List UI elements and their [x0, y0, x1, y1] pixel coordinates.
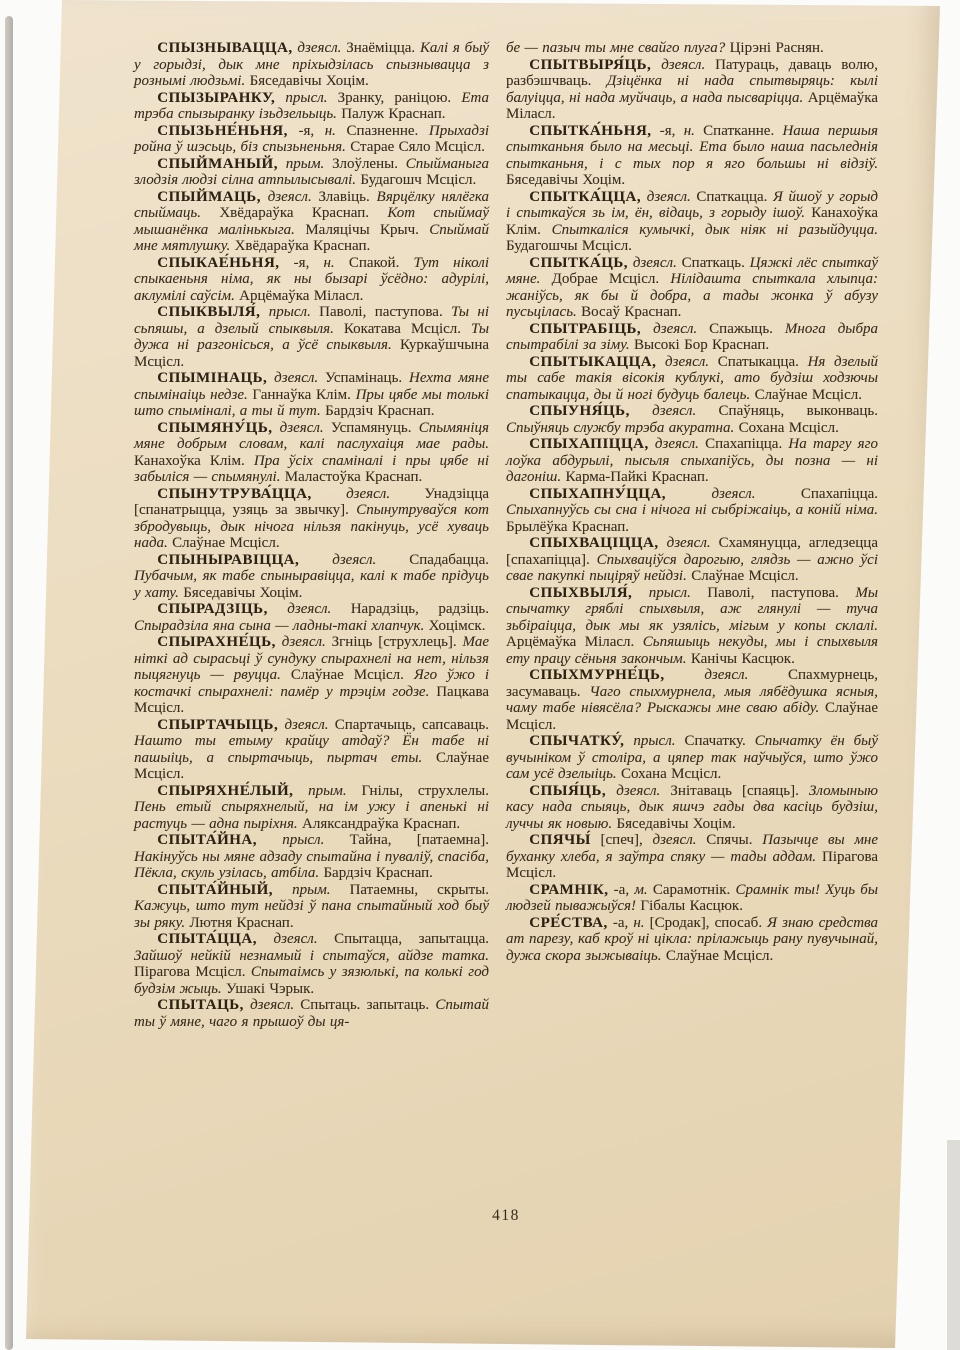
text-segment: дзеясл.	[649, 436, 705, 452]
text-segment: -я,	[280, 255, 324, 271]
text-segment: Пірагова Мсцісл.	[134, 964, 251, 980]
text-segment: дзеясл.	[666, 486, 801, 502]
text-segment: Знітаваць [спаяць].	[670, 783, 809, 799]
text-segment: Высокі Бор Краснап.	[634, 337, 769, 353]
text-segment: Спадабацца.	[409, 552, 489, 568]
headword: СПЫРТАЧЫЦЬ,	[157, 717, 278, 733]
dictionary-entry: СПЫТРАБІЦЬ, дзеясл. Спажыць. Многа дыбра…	[506, 321, 878, 354]
dictionary-entry: СПЫТА́ЙНЫЙ, прым. Патаемны, скрыты. Кажу…	[134, 882, 489, 932]
dictionary-entry: СПЫХАПНУ́ЦЦА, дзеясл. Спахапіцца. Спыхап…	[506, 486, 878, 536]
text-segment: н.	[325, 123, 347, 139]
text-segment: Знаёміцца.	[346, 40, 420, 56]
text-segment: Спатканне.	[703, 123, 782, 139]
text-segment: Бардзіч Краснап.	[325, 403, 434, 419]
dictionary-entry: СПЫМЯНУ́ЦЬ, дзеясл. Успамянуць. Спымяніц…	[134, 420, 489, 486]
text-segment: Спазненне.	[347, 123, 429, 139]
dictionary-entry: СПЫХВЫЛЯ́, прысл. Паволі, паступова. Мы …	[506, 585, 878, 668]
text-segment: прым.	[293, 783, 361, 799]
text-segment: Бардзіч Краснап.	[323, 865, 432, 881]
text-segment: н.	[684, 123, 703, 139]
text-segment: Маляцічы Крыч.	[305, 222, 429, 238]
headword: СПЫНЫРАВІЦЦА,	[157, 552, 299, 568]
text-segment: Спахапіцца.	[801, 486, 878, 502]
dictionary-entry: СПЫТКА́ЦЬ, дзеясл. Спаткаць. Цяжкі лёс с…	[506, 255, 878, 321]
text-segment: Кажуць, што тут нейдзі ў пана спытайный …	[134, 898, 489, 931]
headword: СПЫРАХНЕ́ЦЬ,	[157, 634, 276, 650]
text-segment: Бяседавічы Хоцім.	[183, 585, 302, 601]
headword: СПЫРАДЗІЦЬ,	[157, 601, 268, 617]
text-segment: Спаўняць, выконваць.	[719, 403, 878, 419]
text-segment: Кокатава Мсцісл.	[344, 321, 471, 337]
text-segment: дзеясл.	[641, 189, 696, 205]
dictionary-entry: СПЫТКА́ЦЦА, дзеясл. Спаткацца. Я йшоў у …	[506, 189, 878, 255]
text-segment: Згніць [струхлець].	[332, 634, 463, 650]
text-segment: Слаўнае Мсцісл.	[755, 387, 862, 403]
text-segment: Зранку, раніцою.	[338, 90, 462, 106]
text-segment: Ганнаўка Клім.	[252, 387, 355, 403]
text-segment: Хвёдараўка Краснап.	[219, 205, 387, 221]
dictionary-entry: СПЫХМУРНЕ́ЦЬ, дзеясл. Спахмурнець, засум…	[506, 667, 878, 733]
headword: СПЫРЯХНЕ́ЛЫЙ,	[157, 783, 293, 799]
text-segment: Слаўнае Мсцісл.	[172, 535, 279, 551]
text-segment: Бяседавічы Хоцім.	[616, 816, 735, 832]
text-segment: дзеясл.	[278, 717, 335, 733]
dictionary-page: СПЫЗНЫВАЦЦА, дзеясл. Знаёміцца. Калі я б…	[16, 0, 942, 1348]
text-segment: Спытацца, запытацца.	[334, 931, 489, 947]
text-segment: Спахапіцца.	[705, 436, 788, 452]
text-segment: Гнілы, струхлелы.	[361, 783, 489, 799]
entry-continuation: бе — пазыч ты мне свайго плуга? Цірэні Р…	[506, 40, 878, 57]
headword: СПЫЙМАНЫЙ,	[157, 156, 278, 172]
text-segment: дзеясл.	[656, 354, 717, 370]
text-segment: Лютня Краснап.	[189, 915, 293, 931]
text-segment: Маластоўка Краснап.	[285, 469, 422, 485]
text-segment: Успамінаць.	[325, 370, 409, 386]
text-segment: Гібалы Касцюк.	[640, 898, 743, 914]
text-segment: Спытаць. запытаць.	[300, 997, 435, 1013]
dictionary-entry: СПЫЯ́ЦЬ, дзеясл. Знітаваць [спаяць]. Зло…	[506, 783, 878, 833]
headword: СПЫКАЕ́НЬНЯ,	[157, 255, 279, 271]
text-segment: Карма-Пайкі Краснап.	[565, 469, 708, 485]
text-segment: Злоўлены.	[332, 156, 406, 172]
dictionary-entry: СПЫХАПІЦЦА, дзеясл. Спахапіцца. На таргу…	[506, 436, 878, 486]
text-segment: Спаткаць.	[682, 255, 750, 271]
text-segment: дзеясл.	[293, 40, 347, 56]
dictionary-entry: СПЫЗЫРАНКУ, прысл. Зранку, раніцою. Ета …	[134, 90, 489, 123]
headword: СПЫТАЦЬ,	[157, 997, 244, 1013]
headword: СПЫЗЬНЕ́НЬНЯ,	[157, 123, 288, 139]
headword: СПЫЯ́ЦЬ,	[529, 783, 606, 799]
text-segment: Арцёмаўка Міласл.	[239, 288, 363, 304]
headword: СРЕ́СТВА,	[529, 915, 607, 931]
headword: СПЫТА́ЙНЫЙ,	[157, 882, 273, 898]
text-segment: Слаўнае Мсцісл.	[691, 568, 798, 584]
text-segment: дзеясл.	[267, 370, 325, 386]
text-segment: Добрае Мсцісл.	[552, 271, 671, 287]
page-number: 418	[134, 1207, 878, 1225]
dictionary-entry: СПЫРЯХНЕ́ЛЫЙ, прым. Гнілы, струхлелы. Пе…	[134, 783, 489, 833]
text-segment: дзеясл.	[651, 57, 715, 73]
headword: СПЫМІНАЦЬ,	[157, 370, 267, 386]
dictionary-entry: СРЕ́СТВА, -а, н. [Сродак], спосаб. Я зна…	[506, 915, 878, 965]
dictionary-entry: СПЫЙМАЦЬ, дзеясл. Злавіць. Вярцёлку нялё…	[134, 189, 489, 255]
scanner-edge-left	[5, 16, 13, 1350]
headword: СПЫТКА́ЦЬ,	[529, 255, 628, 271]
dictionary-entry: СПЫХВАЦІЦЦА, дзеясл. Схамянуцца, агледзе…	[506, 535, 878, 585]
dictionary-entry: СПЫТА́ЦЦА, дзеясл. Спытацца, запытацца. …	[134, 931, 489, 997]
dictionary-entry: СПЫТА́ЙНА, прысл. Тайна, [патаемна]. Нак…	[134, 832, 489, 882]
scanner-edge-right	[947, 1140, 960, 1350]
text-segment: Сарамотнік.	[653, 882, 736, 898]
text-segment: дзеясл.	[272, 420, 330, 436]
text-segment: Нарадзіць, радзіць.	[351, 601, 489, 617]
right-column: бе — пазыч ты мне свайго плуга? Цірэні Р…	[506, 40, 878, 1030]
text-segment: Спажыць.	[709, 321, 785, 337]
text-segment: дзеясл.	[641, 321, 709, 337]
dictionary-entry: СРАМНІК, -а, м. Сарамотнік. Срамнік ты! …	[506, 882, 878, 915]
headword: СПЫТЫКАЦЦА,	[529, 354, 656, 370]
text-segment: Хвёдараўка Краснап.	[235, 238, 371, 254]
text-segment: Бяседавічы Хоцім.	[506, 172, 625, 188]
text-segment: Ушакі Чэрык.	[226, 981, 314, 997]
text-segment: дзеясл.	[261, 189, 318, 205]
dictionary-entry: СПЫНУТРУВА́ЦЦА, дзеясл. Унадзіцца [спана…	[134, 486, 489, 552]
text-segment: прысл.	[257, 832, 350, 848]
text-segment: Спакой.	[349, 255, 414, 271]
page-content: СПЫЗНЫВАЦЦА, дзеясл. Знаёміцца. Калі я б…	[134, 40, 878, 1030]
text-segment: дзеясл.	[630, 403, 719, 419]
text-segment: прым.	[273, 882, 350, 898]
dictionary-entry: СПЫУНЯ́ЦЬ, дзеясл. Спаўняць, выконваць. …	[506, 403, 878, 436]
headword: СПЫХВЫЛЯ́,	[529, 585, 632, 601]
text-segment: дзеясл.	[652, 832, 706, 848]
text-segment: Тайна, [патаемна].	[350, 832, 489, 848]
text-segment: Арцёмаўка Міласл.	[506, 634, 643, 650]
text-segment: н.	[323, 255, 348, 271]
text-segment: [Сродак], спосаб.	[650, 915, 768, 931]
text-segment: Канахоўка Клім.	[134, 453, 254, 469]
headword: СПЫТКА́ЦЦА,	[529, 189, 641, 205]
text-segment: Хоцімск.	[429, 618, 486, 634]
text-segment: дзеясл.	[312, 486, 425, 502]
text-segment: дзеясл.	[257, 931, 334, 947]
text-segment: [спеч],	[591, 832, 653, 848]
text-segment: Спячы.	[706, 832, 762, 848]
headword: СПЫЙМАЦЬ,	[157, 189, 261, 205]
text-segment: дзеясл.	[268, 601, 351, 617]
headword: СПЫТРАБІЦЬ,	[529, 321, 641, 337]
text-segment: Бяседавічы Хоцім.	[250, 73, 369, 89]
text-segment: Спачатку.	[684, 733, 754, 749]
text-segment: Успамянуць.	[331, 420, 419, 436]
text-segment: Спыўняць службу трэба акуратна.	[506, 420, 739, 436]
text-segment: Зайшоў нейкій незнамый і спытаўся, айдзе…	[134, 948, 489, 964]
text-segment: Слаўнае Мсцісл.	[666, 948, 773, 964]
text-segment: Накінуўсь ны мяне адзаду спытайна і пува…	[134, 849, 489, 882]
dictionary-entry: СПЫРАХНЕ́ЦЬ, дзеясл. Згніць [струхлець].…	[134, 634, 489, 717]
headword: СПЫЧАТКУ́,	[529, 733, 624, 749]
headword: СПЫХАПНУ́ЦЦА,	[529, 486, 666, 502]
headword: СПЫЗЫРАНКУ,	[157, 90, 275, 106]
text-segment: Слаўнае Мсцісл.	[291, 667, 414, 683]
headword: СПЫЗНЫВАЦЦА,	[157, 40, 292, 56]
text-segment: бе — пазыч ты мне свайго плуга?	[506, 40, 730, 56]
text-segment: Брылёўка Краснап.	[506, 519, 629, 535]
text-segment: Спатыкацца.	[718, 354, 808, 370]
dictionary-entry: СПЫНЫРАВІЦЦА, дзеясл. Спадабацца. Пубачы…	[134, 552, 489, 602]
text-segment: Канічы Касцюк.	[691, 651, 795, 667]
text-segment: дзеясл.	[659, 535, 719, 551]
dictionary-entry: СПЫЧАТКУ́, прысл. Спачатку. Спычатку ён …	[506, 733, 878, 783]
headword: СПЫКВЫЛЯ́,	[157, 304, 260, 320]
text-segment: прысл.	[260, 304, 319, 320]
text-segment: Цірэні Раснян.	[730, 40, 824, 56]
dictionary-entry: СПЫРТАЧЫЦЬ, дзеясл. Спартачыць, сапсавац…	[134, 717, 489, 783]
text-segment: Палуж Краснап.	[341, 106, 445, 122]
headword: СПЫТА́ЙНА,	[157, 832, 257, 848]
dictionary-entry: СПЫЗНЫВАЦЦА, дзеясл. Знаёміцца. Калі я б…	[134, 40, 489, 90]
text-segment: дзеясл.	[299, 552, 409, 568]
headword: СПЫХВАЦІЦЦА,	[529, 535, 658, 551]
headword: СПЫТВЫРЯ́ЦЬ,	[529, 57, 651, 73]
text-segment: Злавіць.	[318, 189, 376, 205]
text-segment: -я,	[288, 123, 325, 139]
dictionary-entry: СПЫТКА́НЬНЯ, -я, н. Спатканне. Наша перш…	[506, 123, 878, 189]
headword: СПЫТКА́НЬНЯ,	[529, 123, 651, 139]
text-segment: м.	[634, 882, 653, 898]
text-segment: Восаў Краснап.	[581, 304, 681, 320]
headword: СПЫТА́ЦЦА,	[157, 931, 257, 947]
text-segment: Спырадзіла яна сына — ладны-такі хлапчук…	[134, 618, 429, 634]
text-segment: Сохана Мсцісл.	[621, 766, 721, 782]
text-segment: -а,	[608, 915, 634, 931]
dictionary-entry: СПЫКАЕ́НЬНЯ, -я, н. Спакой. Тут ніколі с…	[134, 255, 489, 305]
text-segment: Будагошч Мсцісл.	[360, 172, 476, 188]
text-segment: прысл.	[624, 733, 684, 749]
dictionary-entry: СПЯЧЫ́ [спеч], дзеясл. Спячы. Пазычце вы…	[506, 832, 878, 882]
headword: СРАМНІК,	[529, 882, 608, 898]
text-segment: прысл.	[632, 585, 707, 601]
headword: СПЫХМУРНЕ́ЦЬ,	[529, 667, 664, 683]
text-segment: Сохана Мсцісл.	[739, 420, 839, 436]
text-segment: Спыхапнуўсь сы сна і нічога ні сыбріжаіц…	[506, 502, 878, 518]
headword: СПЫНУТРУВА́ЦЦА,	[157, 486, 312, 502]
scanned-book-page: СПЫЗНЫВАЦЦА, дзеясл. Знаёміцца. Калі я б…	[0, 0, 960, 1350]
headword: СПЫУНЯ́ЦЬ,	[529, 403, 630, 419]
text-segment: н.	[633, 915, 649, 931]
text-segment: дзеясл.	[628, 255, 682, 271]
text-segment: Старае Сяло Мсцісл.	[350, 139, 485, 155]
text-segment: Спартачыць, сапсаваць.	[335, 717, 489, 733]
dictionary-entry: СПЫЙМАНЫЙ, прым. Злоўлены. Спыйманыга зл…	[134, 156, 489, 189]
text-segment: Спаткацца.	[696, 189, 773, 205]
left-column: СПЫЗНЫВАЦЦА, дзеясл. Знаёміцца. Калі я б…	[134, 40, 489, 1030]
text-segment: прым.	[278, 156, 332, 172]
dictionary-entry: СПЫТАЦЬ, дзеясл. Спытаць. запытаць. Спыт…	[134, 997, 489, 1030]
dictionary-entry: СПЫТЫКАЦЦА, дзеясл. Спатыкацца. Ня дзелы…	[506, 354, 878, 404]
text-segment: Патаемны, скрыты.	[350, 882, 489, 898]
text-segment: дзеясл.	[244, 997, 300, 1013]
text-segment: дзеясл.	[665, 667, 788, 683]
text-segment: -я,	[652, 123, 684, 139]
text-segment: Паволі, паступова.	[319, 304, 451, 320]
dictionary-entry: СПЫМІНАЦЬ, дзеясл. Успамінаць. Нехта мян…	[134, 370, 489, 420]
text-segment: прысл.	[275, 90, 337, 106]
text-segment: -а,	[608, 882, 634, 898]
headword: СПЫХАПІЦЦА,	[529, 436, 648, 452]
dictionary-entry: СПЫТВЫРЯ́ЦЬ, дзеясл. Патураць, даваць во…	[506, 57, 878, 123]
dictionary-entry: СПЫЗЬНЕ́НЬНЯ, -я, н. Спазненне. Прыхадзі…	[134, 123, 489, 156]
text-segment: дзеясл.	[276, 634, 332, 650]
headword: СПЯЧЫ́	[529, 832, 591, 848]
text-segment: Спыткаліся кумычкі, дык ніяк ні разыйдуц…	[552, 222, 878, 238]
text-segment: Паволі, паступова.	[707, 585, 855, 601]
dictionary-entry: СПЫКВЫЛЯ́, прысл. Паволі, паступова. Ты …	[134, 304, 489, 370]
text-segment: Аляксандраўка Краснап.	[302, 816, 460, 832]
text-segment: Будагошчы Мсцісл.	[506, 238, 632, 254]
dictionary-entry: СПЫРАДЗІЦЬ, дзеясл. Нарадзіць, радзіць. …	[134, 601, 489, 634]
text-segment: дзеясл.	[606, 783, 670, 799]
headword: СПЫМЯНУ́ЦЬ,	[157, 420, 272, 436]
